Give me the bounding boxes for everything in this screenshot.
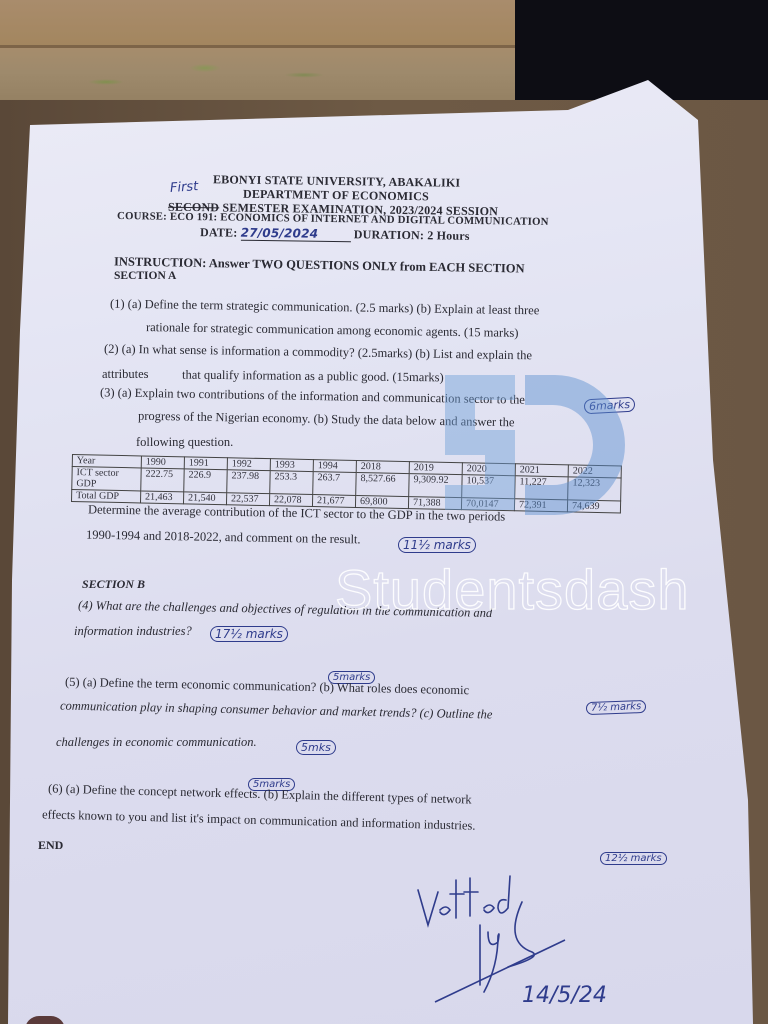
question-3-after-line-2: 1990-1994 and 2018-2022, and comment on … bbox=[86, 528, 361, 548]
exam-paper-content: EBONYI STATE UNIVERSITY, ABAKALIKI First… bbox=[0, 0, 768, 1024]
thumb bbox=[25, 1016, 65, 1024]
table-cell: 1994 bbox=[313, 460, 356, 473]
handwritten-marks-q5b: 7½ marks bbox=[586, 700, 647, 715]
date-value: 27/05/2024 bbox=[241, 226, 351, 243]
watermark-logo-icon bbox=[425, 355, 625, 535]
handwritten-first: First bbox=[170, 179, 199, 196]
question-1-line-1: (1) (a) Define the term strategic commun… bbox=[110, 297, 540, 319]
question-4-line-2: information industries? bbox=[74, 624, 192, 639]
handwritten-marks-q4: 17½ marks bbox=[210, 626, 288, 642]
date-line: DATE: 27/05/2024 DURATION: 2 Hours bbox=[200, 225, 470, 244]
section-a-title: SECTION A bbox=[114, 270, 176, 282]
table-header-total: Total GDP bbox=[72, 490, 141, 503]
table-cell: 21,463 bbox=[140, 491, 183, 504]
handwritten-marks-q3b: 11½ marks bbox=[398, 537, 476, 553]
table-cell: 237.98 bbox=[227, 470, 270, 494]
duration: DURATION: 2 Hours bbox=[354, 227, 470, 243]
table-header-year: Year bbox=[72, 455, 141, 468]
table-cell: 253.3 bbox=[270, 471, 313, 495]
question-6-line-2: effects known to you and list it's impac… bbox=[42, 807, 476, 833]
table-header-ict: ICT sector GDP bbox=[72, 467, 141, 491]
handwritten-marks-q5c: 5mks bbox=[296, 740, 336, 755]
section-b-title: SECTION B bbox=[82, 577, 145, 592]
question-3-line-3: following question. bbox=[136, 435, 233, 450]
question-5-line-1: (5) (a) Define the term economic communi… bbox=[65, 675, 469, 698]
signature-date: 14/5/24 bbox=[522, 983, 607, 1008]
handwritten-marks-q6b: 12½ marks bbox=[600, 852, 667, 865]
table-cell: 21,540 bbox=[183, 492, 226, 505]
end-marker: END bbox=[38, 838, 63, 853]
table-cell: 1992 bbox=[227, 458, 270, 471]
table-cell: 8,527.66 bbox=[356, 472, 409, 496]
date-label: DATE: bbox=[200, 225, 238, 240]
watermark-text: Studentsdash bbox=[335, 557, 689, 622]
table-cell: 22,078 bbox=[269, 494, 312, 507]
table-cell: 263.7 bbox=[313, 472, 356, 496]
table-cell: 2018 bbox=[356, 460, 409, 473]
question-2-line-2a: attributes bbox=[102, 367, 149, 382]
question-5-line-3: challenges in economic communication. bbox=[56, 735, 257, 750]
question-2-line-2b: that qualify information as a public goo… bbox=[182, 368, 444, 386]
table-cell: 226.9 bbox=[184, 469, 227, 493]
table-cell: 222.75 bbox=[141, 468, 184, 492]
table-cell: 1990 bbox=[141, 456, 184, 469]
question-1-line-2: rationale for strategic communication am… bbox=[146, 320, 519, 341]
signature-vetted: 14/5/24 bbox=[410, 870, 630, 1020]
question-5-line-2: communication play in shaping consumer b… bbox=[60, 698, 493, 722]
table-cell: 1991 bbox=[184, 457, 227, 470]
table-cell: 22,537 bbox=[226, 493, 269, 506]
table-cell: 1993 bbox=[270, 459, 313, 472]
